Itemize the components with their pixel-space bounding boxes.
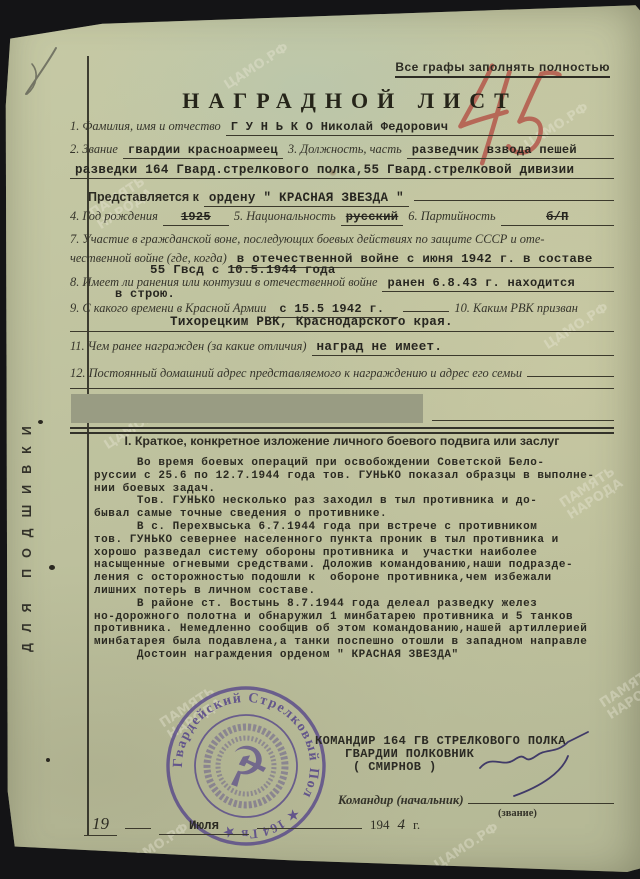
blank-line (527, 362, 614, 377)
field-label-presented: Представляется к (70, 190, 199, 204)
field-value-nationality: русский (341, 210, 404, 226)
field-label-rank: 2. Звание (70, 142, 118, 157)
filing-side-text: ДЛЯ ПОДШИВКИ (20, 415, 34, 652)
citation-line: Во время боевых операций при освобождени… (94, 457, 616, 470)
citation-line: минбатарея была подавлена,а танки поспеш… (94, 636, 616, 649)
handwritten-year-digit: 4 (398, 817, 406, 834)
blank-line (414, 186, 614, 201)
printed-year: 194 (370, 817, 390, 833)
field-row-rank-position: 2. Звание гвардии красноармеец 3. Должно… (70, 142, 614, 159)
field-value-rank: гвардии красноармеец (123, 143, 283, 159)
section-heading: I. Краткое, конкретное изложение личного… (70, 434, 614, 448)
field-value-name: Г У Н Ь К О Николай Федорович (226, 120, 614, 136)
typed-month: Июля (159, 819, 249, 835)
citation-line: противника. Немедленно сообщив об этом к… (94, 623, 616, 636)
citation-line: нии боевых задач. (94, 483, 616, 496)
citation-text: Во время боевых операций при освобождени… (94, 457, 616, 662)
watermark: ЦАМО.РФ (432, 821, 501, 872)
field-row-birth-nationality-party: 4. Год рождения 1925 5. Национальность р… (70, 209, 614, 226)
rule-line (432, 420, 614, 421)
hammer-sickle-emblem-icon: ☭ (216, 732, 276, 801)
double-rule (70, 427, 614, 434)
field-label-party: 6. Партийность (408, 209, 495, 224)
field-row-participation-1: 7. Участие в гражданской воне, последующ… (70, 232, 614, 247)
field-row-home-address: 12. Постоянный домашний адрес представля… (70, 362, 614, 381)
field-value-birth-year: 1925 (163, 210, 229, 226)
field-row-drafted-by-value: Тихорецким РВК, Краснодарского края. (70, 315, 614, 330)
fill-all-fields-notice: Все графы заполнять полностью (395, 60, 610, 78)
commander-label: Командир (начальник) (338, 793, 464, 808)
field-row-name: 1. Фамилия, имя и отчество Г У Н Ь К О Н… (70, 119, 614, 136)
rule-line (70, 331, 614, 332)
rule-line (70, 388, 614, 389)
citation-line: но-дорожного полотна и обнаружил 1 минба… (94, 611, 616, 624)
scanned-award-document: { "meta": { "notice": "Все графы заполня… (0, 0, 640, 879)
citation-line: хорошо разведал систему обороны противни… (94, 547, 616, 560)
field-value-award: ордену " КРАСНАЯ ЗВЕЗДА " (204, 191, 409, 207)
citation-line: В с. Перехвыська 6.7.1944 года при встре… (94, 521, 616, 534)
paper-speck (49, 565, 55, 570)
field-value-party: б/П (501, 210, 614, 226)
citation-line: тов. ГУНЬКО севернее населенного пункта … (94, 534, 616, 547)
field-label-position: 3. Должность, часть (288, 142, 402, 157)
pencil-scribble (16, 44, 68, 100)
blank-line (468, 789, 614, 804)
field-label-birth-year: 4. Год рождения (70, 209, 158, 224)
rank-caption: (звание) (498, 808, 537, 819)
blank-line (403, 297, 449, 312)
citation-line: насыщенные огневыми средствами. Доложив … (94, 559, 616, 572)
field-value-prior-awards: наград не имеет. (312, 340, 614, 356)
citation-line: лишних потерь в личном составе. (94, 585, 616, 598)
paper-speck (46, 758, 50, 762)
citation-line: Достоин награждения орденом " КРАСНАЯ ЗВ… (94, 649, 616, 662)
field-value-drafted-by: Тихорецким РВК, Краснодарского края. (70, 315, 458, 330)
field-label-name: 1. Фамилия, имя и отчество (70, 119, 221, 134)
field-label-participation: 7. Участие в гражданской воне, последующ… (70, 232, 545, 247)
field-label-nationality: 5. Национальность (234, 209, 336, 224)
date-row: 19 Июля 1944 г. (84, 814, 424, 836)
blank-line (125, 814, 151, 829)
paper-sheet: ЦАМО.РФ ЦАМО.РФ ПАМЯТЬ НАРОДА ЦАМО.РФ ЦА… (0, 0, 640, 879)
field-row-unit: разведки 164 Гвард.стрелкового полка,55 … (70, 163, 614, 179)
citation-line: ления с осторожностью подошли к обороне … (94, 572, 616, 585)
document-title: НАГРАДНОЙ ЛИСТ (150, 88, 550, 114)
address-redaction-box (71, 394, 423, 423)
citation-line: В районе ст. Востынь 8.7.1944 года делеа… (94, 598, 616, 611)
field-value-unit: разведки 164 Гвард.стрелкового полка,55 … (70, 163, 614, 179)
citation-line: бывал самые точные сведения о противнике… (94, 508, 616, 521)
field-row-presented-for: Представляется к ордену " КРАСНАЯ ЗВЕЗДА… (70, 186, 614, 207)
citation-line: руссии с 25.6 по 12.7.1944 года тов. ГУН… (94, 470, 616, 483)
field-value-position: разведчик взвода пешей (407, 143, 614, 159)
commander-signature-row: Командир (начальник) (338, 789, 614, 808)
field-label-home-address: 12. Постоянный домашний адрес представля… (70, 366, 522, 381)
year-suffix: г. (413, 817, 420, 833)
watermark: ЦАМО.РФ (222, 41, 291, 92)
citation-line: Тов. ГУНЬКО несколько раз заходил в тыл … (94, 495, 616, 508)
blank-line (257, 814, 362, 829)
paper-speck (38, 420, 43, 424)
field-row-prior-awards: 11. Чем ранее награжден (за какие отличи… (70, 339, 614, 356)
field-label-prior-awards: 11. Чем ранее награжден (за какие отличи… (70, 339, 307, 354)
watermark: ПАМЯТЬ НАРОДА (598, 665, 640, 722)
handwritten-day: 19 (84, 814, 117, 836)
